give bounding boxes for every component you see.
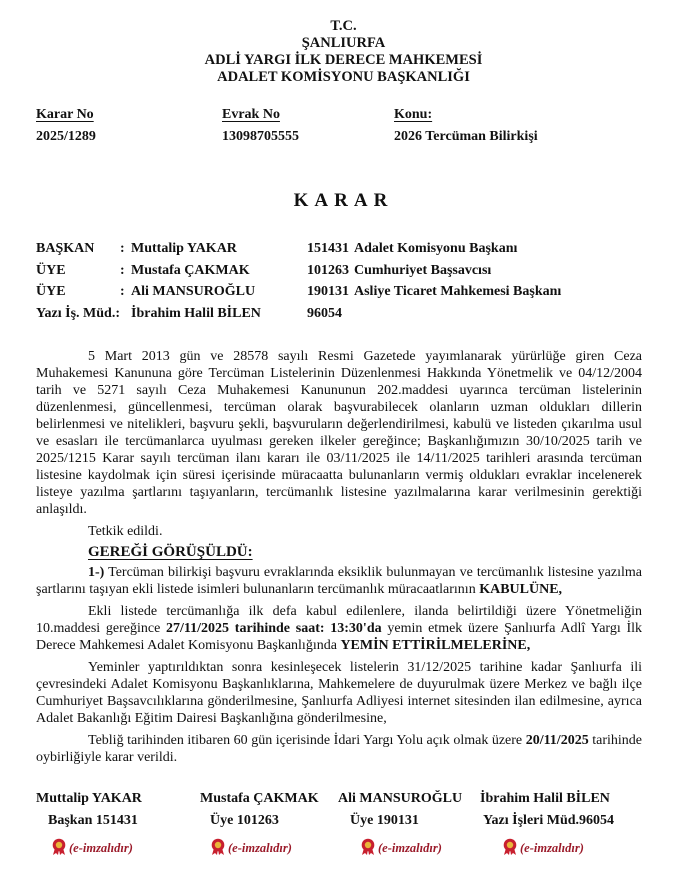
signer-name: Mustafa ÇAKMAK [200, 790, 319, 808]
evrak-no-value: 13098705555 [222, 128, 299, 146]
document-header: T.C. ŞANLIURFA ADLİ YARGI İLK DERECE MAH… [0, 18, 687, 86]
evrak-no-block: Evrak No 13098705555 [222, 106, 299, 146]
member-name: Ali MANSUROĞLU [131, 284, 255, 300]
member-role: ÜYE [36, 284, 66, 300]
closing-paragraph: Tebliğ tarihinden itibaren 60 gün içeris… [36, 732, 642, 766]
oath-paragraph: Ekli listede tercümanlığa ilk defa kabul… [36, 603, 642, 654]
header-commission: ADALET KOMİSYONU BAŞKANLIĞI [0, 69, 687, 86]
signature: Ali MANSUROĞLU Üye 190131 (e-imzalıdır) [338, 790, 462, 856]
e-signature-label: (e-imzalıdır) [520, 841, 584, 855]
konu-label: Konu: [394, 106, 432, 124]
preamble-paragraph: 5 Mart 2013 gün ve 28578 sayılı Resmi Ga… [36, 348, 642, 518]
signer-role: Üye 190131 [338, 812, 462, 830]
section-heading: GEREĞİ GÖRÜŞÜLDÜ: [88, 544, 642, 561]
signer-name: Ali MANSUROĞLU [338, 790, 462, 808]
e-signature: (e-imzalıdır) [36, 838, 142, 856]
page-title: KARAR [0, 190, 687, 212]
e-signature: (e-imzalıdır) [480, 838, 614, 856]
e-signature: (e-imzalıdır) [200, 838, 319, 856]
acceptance-text: KABULÜNE, [479, 582, 562, 597]
member-colon: : [120, 284, 125, 300]
e-signature-seal-icon [51, 838, 67, 856]
member-registry-no: 96054 [307, 306, 342, 322]
member-role: Yazı İş. Müd.: [36, 306, 120, 322]
signer-name: Muttalip YAKAR [36, 790, 142, 808]
konu-block: Konu: 2026 Tercüman Bilirkişi [394, 106, 538, 146]
e-signature-seal-icon [360, 838, 376, 856]
oath-decision: YEMİN ETTİRİLMELERİNE, [340, 638, 530, 653]
konu-value: 2026 Tercüman Bilirkişi [394, 128, 538, 146]
member-name: Muttalip YAKAR [131, 241, 237, 257]
signer-name: İbrahim Halil BİLEN [480, 790, 614, 808]
item-number: 1-) [88, 565, 104, 580]
karar-no-label: Karar No [36, 106, 94, 124]
signer-role: Başkan 151431 [36, 812, 142, 830]
member-title: Adalet Komisyonu Başkanı [354, 241, 517, 257]
e-signature: (e-imzalıdır) [338, 838, 462, 856]
member-title: Asliye Ticaret Mahkemesi Başkanı [354, 284, 561, 300]
member-role: ÜYE [36, 263, 66, 279]
signer-role: Yazı İşleri Müd.96054 [480, 812, 614, 830]
karar-no-block: Karar No 2025/1289 [36, 106, 96, 146]
e-signature-seal-icon [210, 838, 226, 856]
header-tc: T.C. [0, 18, 687, 35]
tetkik-text: Tetkik edildi. [36, 523, 642, 540]
member-title: Cumhuriyet Başsavcısı [354, 263, 491, 279]
member-registry-no: 151431 [307, 241, 349, 257]
member-registry-no: 101263 [307, 263, 349, 279]
signer-role: Üye 101263 [200, 812, 319, 830]
oath-date-time: 27/11/2025 tarihinde saat: 13:30'da [166, 621, 382, 636]
member-colon: : [120, 241, 125, 257]
karar-no-value: 2025/1289 [36, 128, 96, 146]
signature: Mustafa ÇAKMAK Üye 101263 (e-imzalıdır) [200, 790, 319, 856]
distribution-paragraph: Yeminler yaptırıldıktan sonra kesinleşec… [36, 659, 642, 727]
member-colon: : [120, 263, 125, 279]
header-city: ŞANLIURFA [0, 35, 687, 52]
evrak-no-label: Evrak No [222, 106, 280, 124]
member-name: Mustafa ÇAKMAK [131, 263, 250, 279]
e-signature-label: (e-imzalıdır) [69, 841, 133, 855]
signature: Muttalip YAKAR Başkan 151431 (e-imzalıdı… [36, 790, 142, 856]
member-role: BAŞKAN [36, 241, 94, 257]
signature: İbrahim Halil BİLEN Yazı İşleri Müd.9605… [480, 790, 614, 856]
decision-date: 20/11/2025 [526, 733, 589, 748]
e-signature-label: (e-imzalıdır) [378, 841, 442, 855]
e-signature-label: (e-imzalıdır) [228, 841, 292, 855]
decision-item-1: 1-) Tercüman bilirkişi başvuru evrakları… [36, 564, 642, 598]
header-court: ADLİ YARGI İLK DERECE MAHKEMESİ [0, 52, 687, 69]
member-name: İbrahim Halil BİLEN [131, 306, 261, 322]
decision-body: 5 Mart 2013 gün ve 28578 sayılı Resmi Ga… [36, 348, 642, 766]
e-signature-seal-icon [502, 838, 518, 856]
member-registry-no: 190131 [307, 284, 349, 300]
